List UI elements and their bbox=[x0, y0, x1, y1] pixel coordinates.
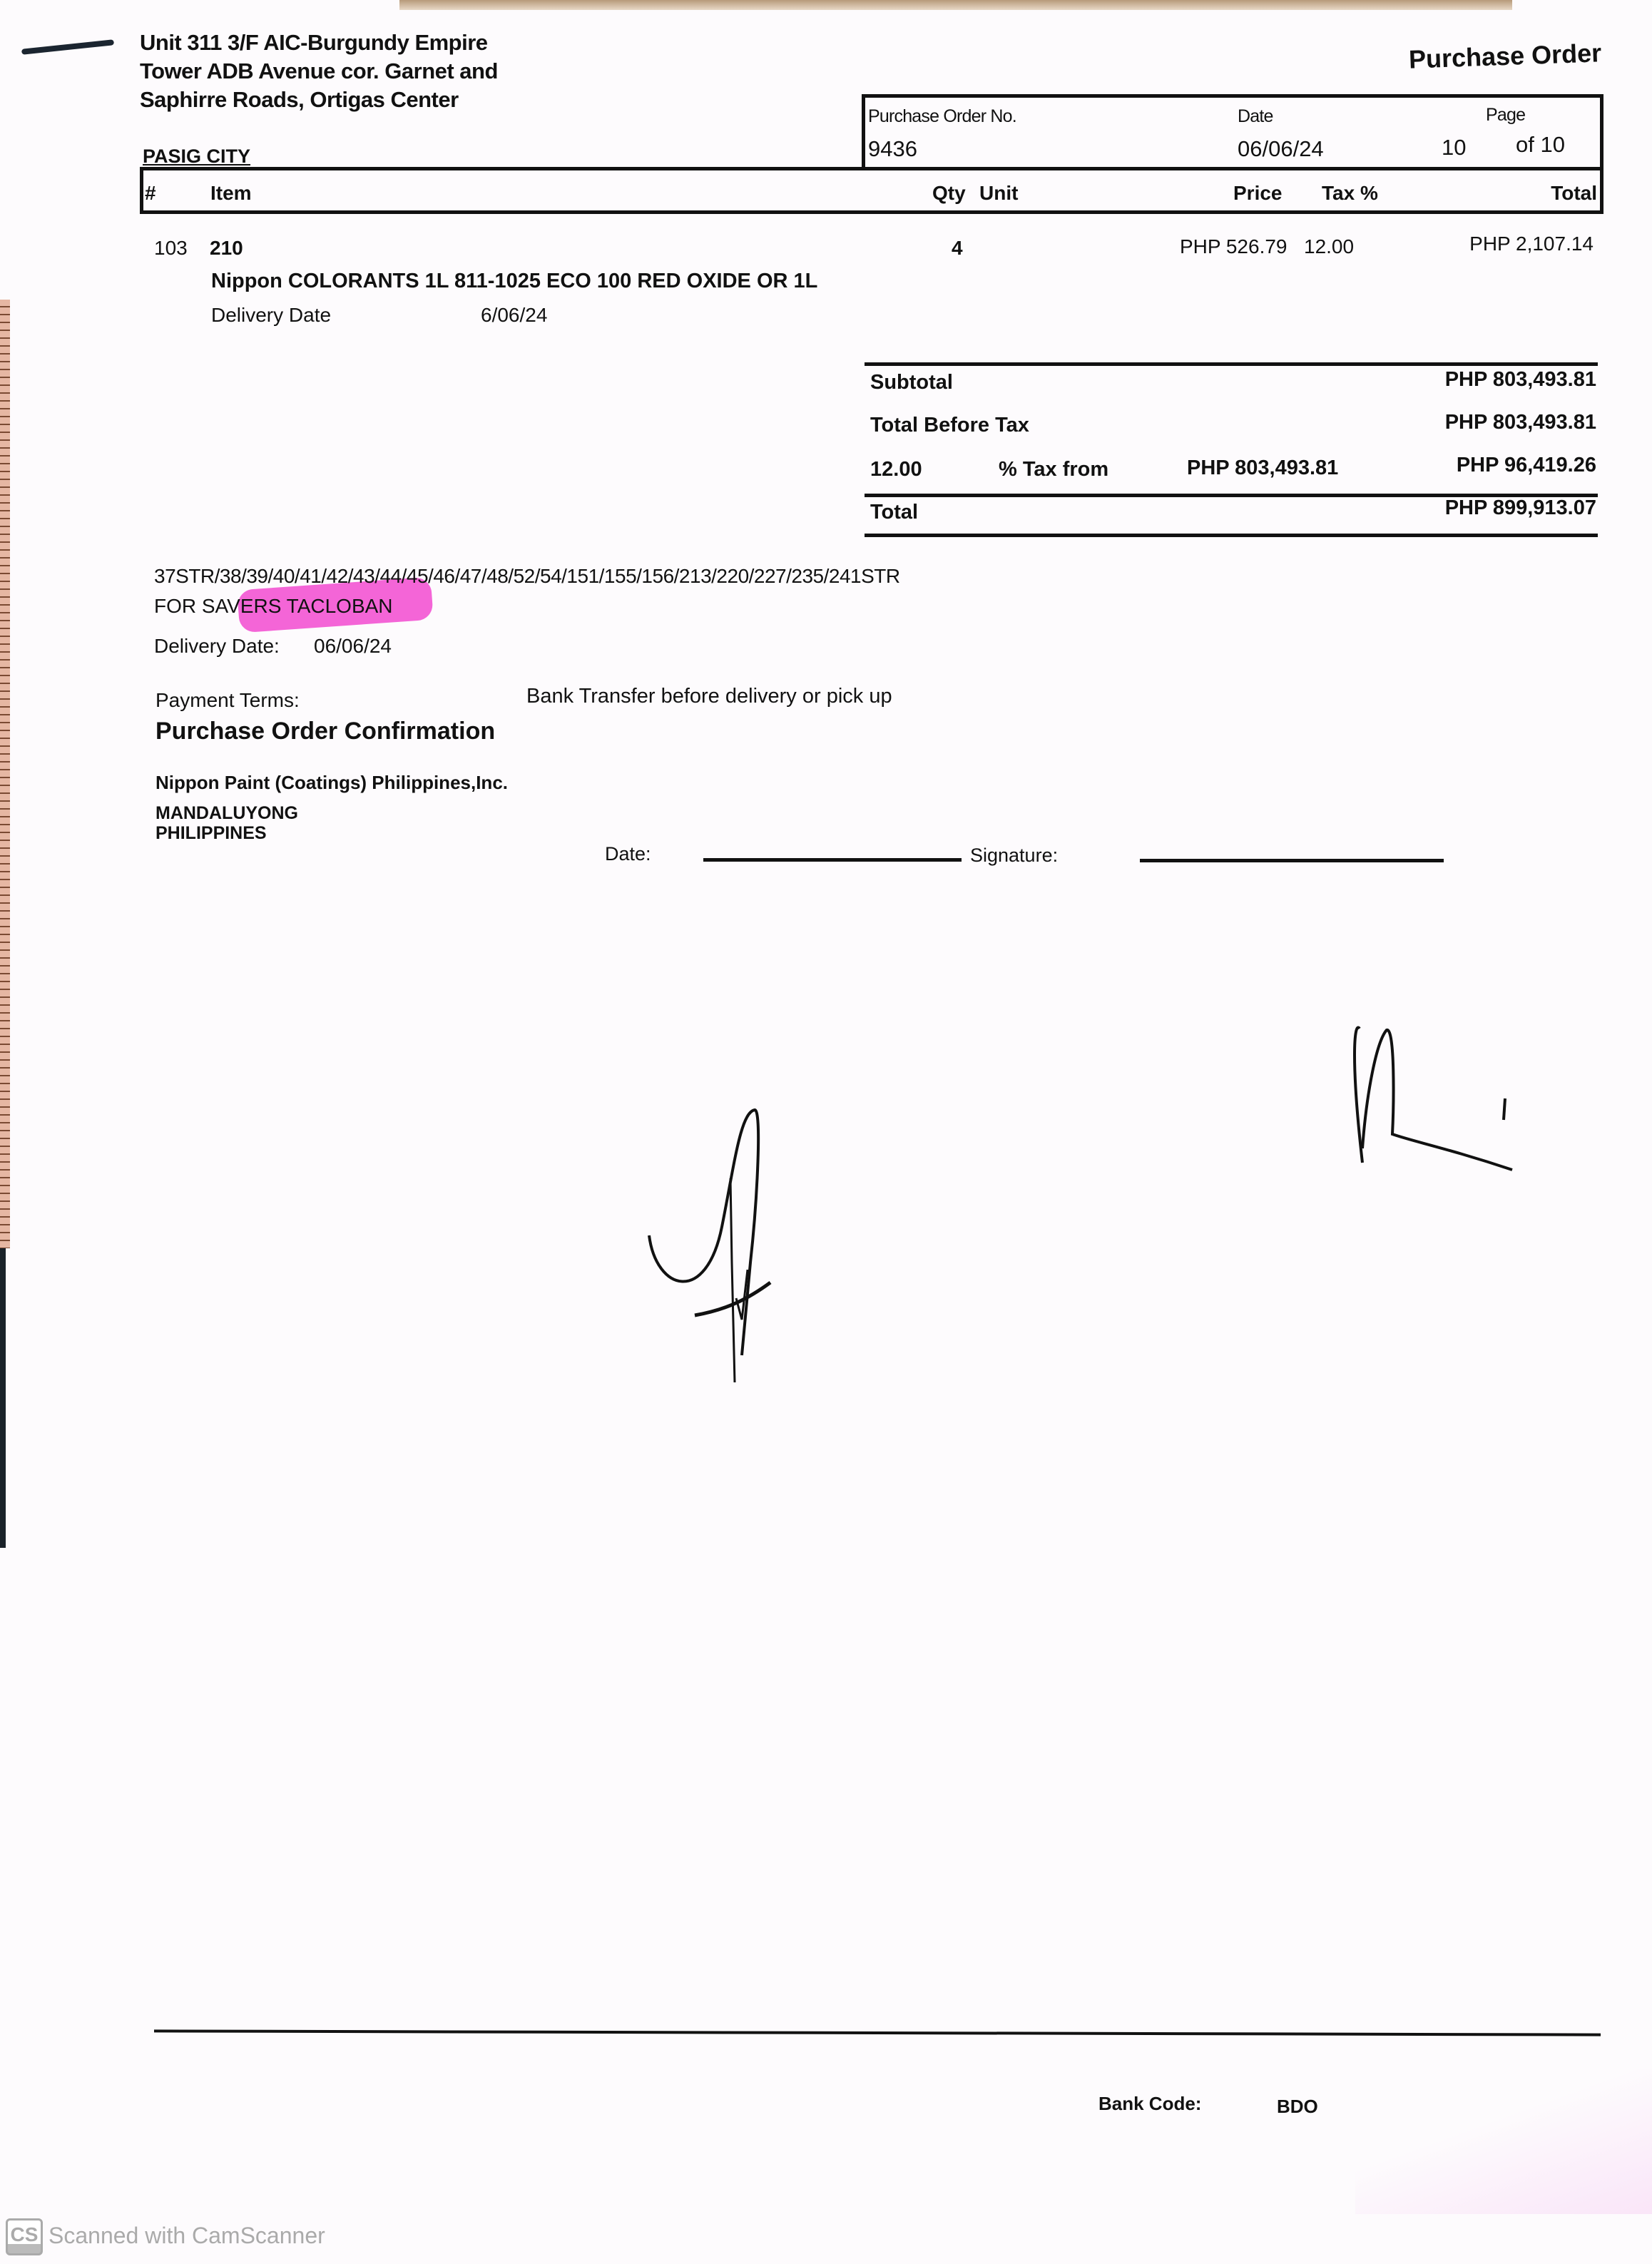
total-value: PHP 899,913.07 bbox=[1445, 496, 1596, 520]
signature-scribble-2 bbox=[1341, 1020, 1519, 1184]
address-line: Tower ADB Avenue cor. Garnet and bbox=[140, 57, 498, 86]
payment-terms-value: Bank Transfer before delivery or pick up bbox=[526, 685, 892, 708]
signature-line bbox=[1140, 859, 1444, 862]
col-total: Total bbox=[1551, 182, 1597, 205]
col-tax: Tax % bbox=[1322, 182, 1378, 205]
row-total: PHP 2,107.14 bbox=[1469, 233, 1594, 255]
totals-bottom-rule bbox=[865, 534, 1598, 537]
col-price: Price bbox=[1233, 182, 1283, 205]
reference-line: 37STR/38/39/40/41/42/43/44/45/46/47/48/5… bbox=[154, 565, 900, 588]
before-tax-label: Total Before Tax bbox=[870, 414, 1029, 437]
row-delivery-label: Delivery Date bbox=[211, 304, 331, 327]
camscanner-watermark: Scanned with CamScanner bbox=[49, 2223, 325, 2249]
bank-code-value: BDO bbox=[1277, 2096, 1318, 2118]
before-tax-value: PHP 803,493.81 bbox=[1445, 411, 1596, 434]
tax-base: PHP 803,493.81 bbox=[1187, 457, 1338, 480]
delivery-date: 06/06/24 bbox=[314, 635, 392, 658]
signature-scribble-1 bbox=[628, 1084, 813, 1384]
tax-from-label: % Tax from bbox=[999, 458, 1108, 481]
paper-tint bbox=[1355, 2069, 1652, 2214]
po-date-label: Date bbox=[1238, 106, 1273, 127]
row-item-code: 210 bbox=[210, 237, 243, 260]
po-number-label: Purchase Order No. bbox=[868, 106, 1016, 127]
subtotal-label: Subtotal bbox=[870, 371, 953, 394]
confirm-date-line bbox=[703, 858, 962, 862]
row-description: Nippon COLORANTS 1L 811-1025 ECO 100 RED… bbox=[211, 270, 817, 293]
col-qty: Qty bbox=[932, 182, 966, 205]
row-qty: 4 bbox=[952, 237, 963, 260]
tax-rate: 12.00 bbox=[870, 458, 922, 481]
row-price: PHP 526.79 bbox=[1180, 235, 1288, 258]
confirm-date-label: Date: bbox=[605, 843, 651, 865]
row-num: 103 bbox=[154, 237, 188, 260]
scan-edge-left bbox=[0, 300, 10, 1248]
footer-rule bbox=[154, 2029, 1601, 2036]
po-number: 9436 bbox=[868, 136, 917, 162]
vendor-address: MANDALUYONG PHILIPPINES bbox=[155, 803, 298, 843]
address-line: Saphirre Roads, Ortigas Center bbox=[140, 86, 498, 114]
col-unit: Unit bbox=[979, 182, 1018, 205]
vendor-country: PHILIPPINES bbox=[155, 823, 298, 843]
payment-terms-label: Payment Terms: bbox=[155, 689, 300, 712]
pen-mark bbox=[21, 39, 114, 55]
po-date: 06/06/24 bbox=[1238, 136, 1324, 162]
scan-edge-top bbox=[399, 0, 1512, 10]
table-header: # Item Qty Unit Price Tax % Total bbox=[140, 167, 1603, 214]
company-address: Unit 311 3/F AIC-Burgundy Empire Tower A… bbox=[140, 29, 498, 114]
confirmation-title: Purchase Order Confirmation bbox=[155, 718, 495, 745]
tax-amount: PHP 96,419.26 bbox=[1457, 454, 1596, 477]
vendor-city: MANDALUYONG bbox=[155, 803, 298, 823]
page-label: Page bbox=[1486, 105, 1525, 126]
page-current: 10 bbox=[1442, 135, 1466, 160]
camscanner-logo-icon: CS bbox=[6, 2218, 43, 2255]
col-item: Item bbox=[210, 182, 252, 205]
subtotal-value: PHP 803,493.81 bbox=[1445, 368, 1596, 392]
for-customer: FOR SAVERS TACLOBAN bbox=[154, 595, 393, 618]
scan-edge-left-dark bbox=[0, 1248, 6, 1548]
page-total: of 10 bbox=[1516, 132, 1565, 158]
vendor-name: Nippon Paint (Coatings) Philippines,Inc. bbox=[155, 772, 508, 794]
signature-label: Signature: bbox=[970, 845, 1058, 867]
totals-top-rule bbox=[865, 362, 1598, 366]
bank-code-label: Bank Code: bbox=[1098, 2093, 1201, 2115]
total-label: Total bbox=[870, 501, 918, 524]
delivery-date-label: Delivery Date: bbox=[154, 635, 280, 658]
company-city: PASIG CITY bbox=[143, 146, 250, 168]
row-tax: 12.00 bbox=[1304, 235, 1354, 258]
row-delivery-date: 6/06/24 bbox=[481, 304, 547, 327]
po-info-box: Purchase Order No. 9436 Date 06/06/24 Pa… bbox=[862, 94, 1603, 169]
address-line: Unit 311 3/F AIC-Burgundy Empire bbox=[140, 29, 498, 57]
col-num: # bbox=[145, 182, 156, 205]
document-title: Purchase Order bbox=[1408, 38, 1601, 74]
